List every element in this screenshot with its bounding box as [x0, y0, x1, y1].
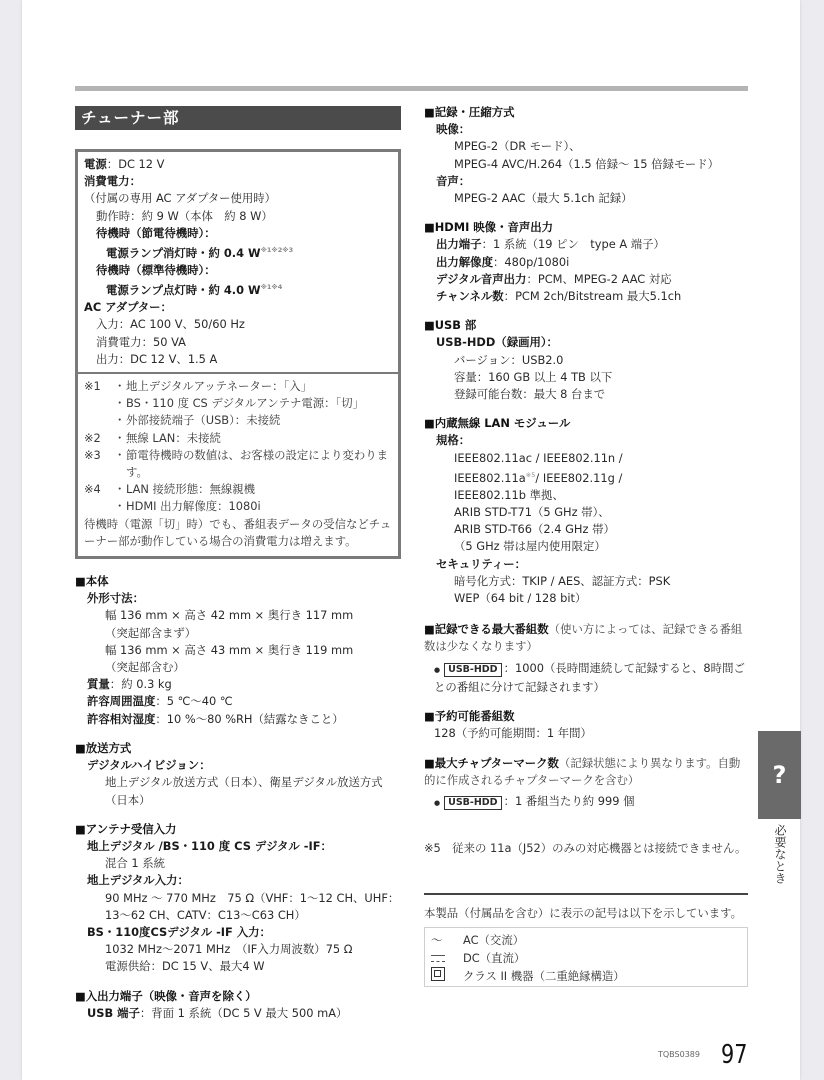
chapters-heading: ■最大チャプターマーク数（記録状態により異なります。自動的に作成されるチャプター…: [424, 755, 750, 789]
video-label: 映像：: [424, 121, 750, 138]
broadcast-heading: ■放送方式: [75, 740, 405, 757]
bullet-dot: ・: [114, 412, 126, 429]
wlan-std-6: （5 GHz 帯は屋内使用限定）: [424, 538, 750, 555]
usb-port-value: ：背面 1 系統（DC 5 V 最大 500 mA）: [140, 1006, 348, 1020]
hdmi-res-value: ：480p/1080i: [493, 255, 569, 269]
wlan-std-4: ARIB STD-T71（5 GHz 帯）、: [424, 504, 750, 521]
usb-port-label: USB 端子: [87, 1006, 140, 1020]
audio-1: MPEG-2 AAC（最大 5.1ch 記録）: [424, 190, 750, 207]
bullet-icon: ●: [434, 799, 440, 807]
antenna-bs-value: 1032 MHz～2071 MHz （IF入力周波数）75 Ω: [75, 941, 405, 958]
dims-2-note: （突起部含む）: [75, 659, 405, 676]
power-notes: ※1・地上デジタルアッテネーター：「入」 ・BS・110 度 CS デジタルアン…: [78, 372, 398, 556]
usb-version: バージョン：USB2.0: [424, 352, 750, 369]
wlan-std-3: IEEE802.11b 準拠、: [424, 487, 750, 504]
usb-heading: ■USB 部: [424, 317, 750, 334]
hdmi-heading: ■HDMI 映像・音声出力: [424, 219, 750, 236]
reservations-value: 128（予約可能期間：1 年間）: [424, 725, 750, 742]
operating-power: 動作時：約 9 W（本体 約 8 W）: [84, 208, 398, 225]
adapter-label: AC アダプター：: [84, 299, 398, 316]
hdmi-out-label: 出力端子: [436, 237, 482, 251]
chapters-value: ：1 番組当たり約 999 個: [504, 794, 635, 808]
video-2: MPEG-4 AVC/H.264（1.5 倍録～ 15 倍録モード）: [424, 156, 750, 173]
note-text: HDMI 出力解像度：1080i: [126, 498, 261, 515]
power-source-value: ：DC 12 V: [107, 157, 165, 171]
recording-heading: ■記録・圧縮方式: [424, 104, 750, 121]
humidity-value: ：10 %～80 %RH（結露なきこと）: [155, 712, 343, 726]
chapters-title: ■最大チャプターマーク数: [424, 756, 559, 770]
wlan-heading: ■内蔵無線 LAN モジュール: [424, 415, 750, 432]
bullet-dot: ・: [114, 395, 126, 412]
doc-code: TQBS0389: [658, 1050, 700, 1059]
hdmi-ch-label: チャンネル数: [436, 289, 504, 303]
note-mark: ※4: [84, 481, 114, 498]
broadcast-value: 地上デジタル放送方式（日本）、衛星デジタル放送方式（日本）: [75, 774, 405, 808]
dims-2: 幅 136 mm × 高さ 43 mm × 奥行き 119 mm: [75, 642, 405, 659]
usb-registrable: 登録可能台数：最大 8 台まで: [424, 386, 750, 403]
usb-hdd-tag: USB-HDD: [444, 796, 501, 810]
dims-1-note: （突起部含まず）: [75, 625, 405, 642]
dc-icon: [431, 955, 445, 962]
dims-1: 幅 136 mm × 高さ 42 mm × 奥行き 117 mm: [75, 607, 405, 624]
adapter-note: （付属の専用 AC アダプター使用時）: [84, 190, 398, 207]
bullet-dot: ・: [114, 481, 126, 498]
wlan-std-2-ref: ※5: [526, 471, 536, 479]
standby-std-value: 電源ランプ点灯時・約 4.0 W: [106, 283, 261, 297]
humidity-label: 許容相対湿度: [87, 712, 155, 726]
dims-label: 外形寸法：: [75, 590, 405, 607]
symbol-row-dc: DC（直流）: [425, 949, 747, 966]
page-number: 97: [721, 1040, 747, 1070]
standby-std-refs: ※1※4: [261, 283, 283, 291]
note-text: 無線 LAN：未接続: [126, 430, 221, 447]
bullet-dot: ・: [114, 498, 126, 515]
io-heading: ■入出力端子（映像・音声を除く）: [75, 988, 405, 1005]
adapter-output: 出力：DC 12 V、1.5 A: [84, 351, 398, 368]
symbol-row-class2: クラス II 機器（二重絶縁構造）: [425, 967, 747, 984]
note-text: BS・110 度 CS デジタルアンテナ電源：「切」: [126, 395, 364, 412]
hdmi-out-value: ：1 系統（19 ピン type A 端子）: [482, 237, 665, 251]
antenna-bs-label: BS・110度CSデジタル -IF 入力：: [75, 924, 405, 941]
note-mark: ※3: [84, 447, 114, 481]
wlan-std-2b: / IEEE802.11g /: [535, 471, 622, 485]
antenna-terr-label: 地上デジタル入力：: [75, 872, 405, 889]
power-spec-box: 電源：DC 12 V 消費電力： （付属の専用 AC アダプター使用時） 動作時…: [75, 149, 401, 559]
left-column: チューナー部 電源：DC 12 V 消費電力： （付属の専用 AC アダプター使…: [75, 106, 405, 1022]
usb-capacity: 容量：160 GB 以上 4 TB 以下: [424, 369, 750, 386]
standby-std-label: 待機時（標準待機時）：: [84, 262, 398, 279]
hdmi-ch-value: ：PCM 2ch/Bitstream 最大5.1ch: [504, 289, 682, 303]
bullet-icon: ●: [434, 666, 440, 674]
note-text: 節電待機時の数値は、お客様の設定により変わります。: [126, 447, 394, 481]
wlan-std-5: ARIB STD-T66（2.4 GHz 帯）: [424, 521, 750, 538]
standby-tail-note: 待機時（電源「切」時）でも、番組表データの受信などチューナー部が動作している場合…: [84, 516, 394, 550]
header-rule: [75, 86, 748, 91]
standby-eco-refs: ※1※2※3: [261, 246, 294, 254]
adapter-input: 入力：AC 100 V、50/60 Hz: [84, 316, 398, 333]
reservations-heading: ■予約可能番組数: [424, 708, 750, 725]
footnote-5: ※5 従来の 11a（J52）のみの対応機器とは接続できません。: [424, 840, 746, 856]
antenna-bs-power: 電源供給：DC 15 V、最大4 W: [75, 958, 405, 975]
usb-hdd-label: USB-HDD（録画用）：: [424, 334, 750, 351]
power-source-label: 電源: [84, 157, 107, 171]
max-programs-title: ■記録できる最大番組数: [424, 622, 549, 636]
antenna-mix-value: 混合 1 系統: [75, 855, 405, 872]
question-mark-icon: ?: [773, 761, 787, 789]
help-tab-label: 必要なとき: [771, 824, 787, 884]
hdmi-audio-value: ：PCM、MPEG-2 AAC 対応: [526, 272, 671, 286]
class2-double-square-icon: [431, 967, 445, 981]
note-text: 外部接続端子（USB）：未接続: [126, 412, 280, 429]
wlan-sec-label: セキュリティー：: [424, 556, 750, 573]
video-1: MPEG-2（DR モード）、: [424, 138, 750, 155]
symbol-label: AC（交流）: [463, 932, 524, 948]
symbol-label: DC（直流）: [463, 950, 525, 966]
ac-wave-icon: ～: [431, 932, 463, 948]
symbol-label: クラス II 機器（二重絶縁構造）: [463, 968, 625, 984]
bullet-dot: ・: [114, 378, 126, 395]
bullet-dot: ・: [114, 430, 126, 447]
wlan-std-2a: IEEE802.11a: [454, 471, 526, 485]
symbol-row-ac: ～ AC（交流）: [425, 931, 747, 948]
help-tab[interactable]: ?: [758, 731, 801, 819]
max-programs-heading: ■記録できる最大番組数（使い方によっては、記録できる番組数は少なくなります）: [424, 621, 750, 655]
standby-eco-label: 待機時（節電待機時）：: [84, 225, 398, 242]
audio-label: 音声：: [424, 173, 750, 190]
mass-label: 質量: [87, 677, 110, 691]
symbols-legend: ～ AC（交流） DC（直流） クラス II 機器（二重絶縁構造）: [424, 927, 748, 987]
usb-hdd-tag: USB-HDD: [444, 663, 501, 677]
antenna-mix-label: 地上デジタル /BS・110 度 CS デジタル -IF：: [75, 838, 405, 855]
temp-label: 許容周囲温度: [87, 694, 155, 708]
section-title: チューナー部: [75, 106, 401, 130]
note-mark: ※2: [84, 430, 114, 447]
hdmi-audio-label: デジタル音声出力: [436, 272, 526, 286]
hdmi-res-label: 出力解像度: [436, 255, 493, 269]
note-text: 地上デジタルアッテネーター：「入」: [126, 378, 312, 395]
temp-value: ：5 ℃～40 ℃: [155, 694, 232, 708]
antenna-terr-value: 90 MHz ～ 770 MHz 75 Ω（VHF：1～12 CH、UHF：13…: [75, 890, 405, 924]
bullet-dot: ・: [114, 447, 126, 481]
note-mark: ※1: [84, 378, 114, 395]
consumption-label: 消費電力：: [84, 173, 398, 190]
wlan-std-label: 規格：: [424, 432, 750, 449]
symbols-intro: 本製品（付属品を含む）に表示の記号は以下を示しています。: [424, 905, 742, 921]
antenna-heading: ■アンテナ受信入力: [75, 821, 405, 838]
right-column: ■記録・圧縮方式 映像： MPEG-2（DR モード）、 MPEG-4 AVC/…: [424, 104, 750, 812]
mass-value: ：約 0.3 kg: [110, 677, 172, 691]
note-text: LAN 接続形態：無線親機: [126, 481, 255, 498]
broadcast-label: デジタルハイビジョン：: [75, 757, 405, 774]
wlan-std-1: IEEE802.11ac / IEEE802.11n /: [424, 450, 750, 467]
wlan-sec-2: WEP（64 bit / 128 bit）: [424, 590, 750, 607]
divider: [424, 893, 748, 895]
adapter-consumption: 消費電力：50 VA: [84, 334, 398, 351]
body-heading: ■本体: [75, 573, 405, 590]
wlan-sec-1: 暗号化方式：TKIP / AES、認証方式：PSK: [424, 573, 750, 590]
standby-eco-value: 電源ランプ消灯時・約 0.4 W: [106, 246, 261, 260]
